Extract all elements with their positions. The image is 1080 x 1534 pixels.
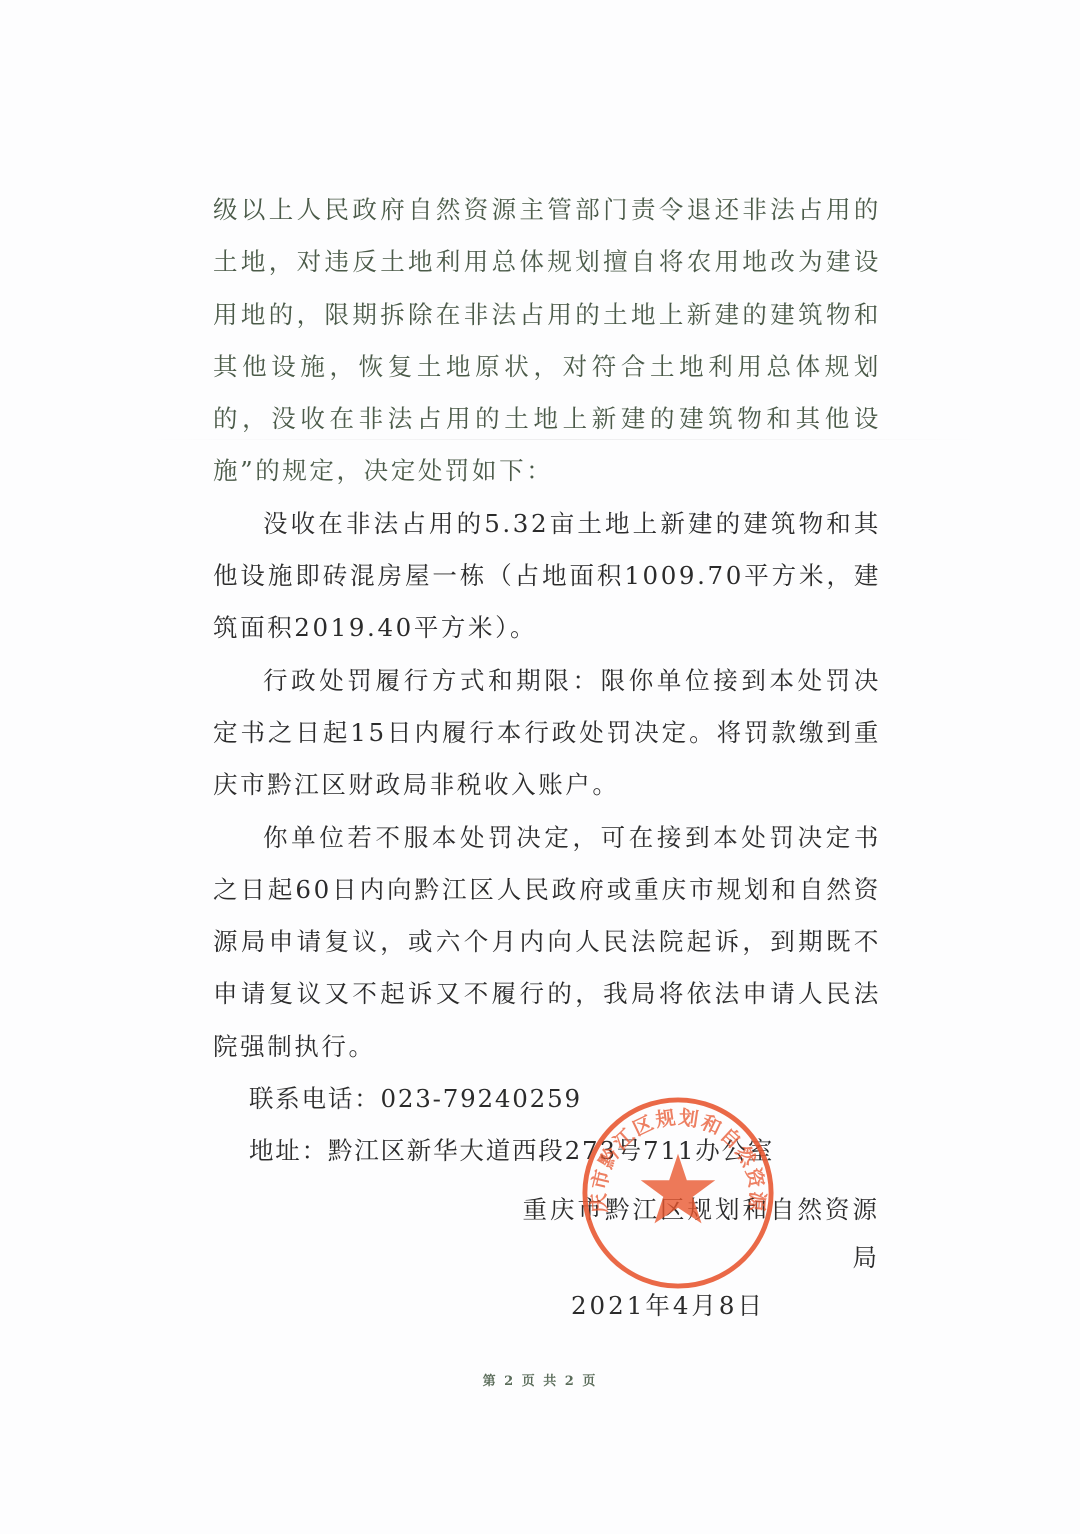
page-number-footer: 第 2 页 共 2 页 (0, 1370, 1080, 1389)
paragraph-penalty-decision: 没收在非法占用的5.32亩土地上新建的建筑物和其他设施即砖混房屋一栋（占地面积1… (213, 498, 881, 655)
issue-date: 2021年4月8日 (500, 1282, 880, 1330)
contact-address: 地址：黔江区新华大道西段273号711办公室 (213, 1125, 881, 1177)
paragraph-legal-basis: 级以上人民政府自然资源主管部门责令退还非法占用的土地，对违反土地利用总体规划擅自… (213, 184, 881, 498)
issuing-organization: 重庆市黔江区规划和自然资源局 (500, 1186, 880, 1282)
contact-phone: 联系电话：023-79240259 (213, 1073, 881, 1125)
document-page: 级以上人民政府自然资源主管部门责令退还非法占用的土地，对违反土地利用总体规划擅自… (0, 0, 1080, 1534)
signature-block: 重庆市黔江区规划和自然资源局 2021年4月8日 (500, 1186, 880, 1330)
paragraph-appeal-rights: 你单位若不服本处罚决定，可在接到本处罚决定书之日起60日内向黔江区人民政府或重庆… (213, 812, 881, 1073)
paragraph-execution-terms: 行政处罚履行方式和期限：限你单位接到本处罚决定书之日起15日内履行本行政处罚决定… (213, 655, 881, 812)
document-body: 级以上人民政府自然资源主管部门责令退还非法占用的土地，对违反土地利用总体规划擅自… (213, 184, 881, 1178)
